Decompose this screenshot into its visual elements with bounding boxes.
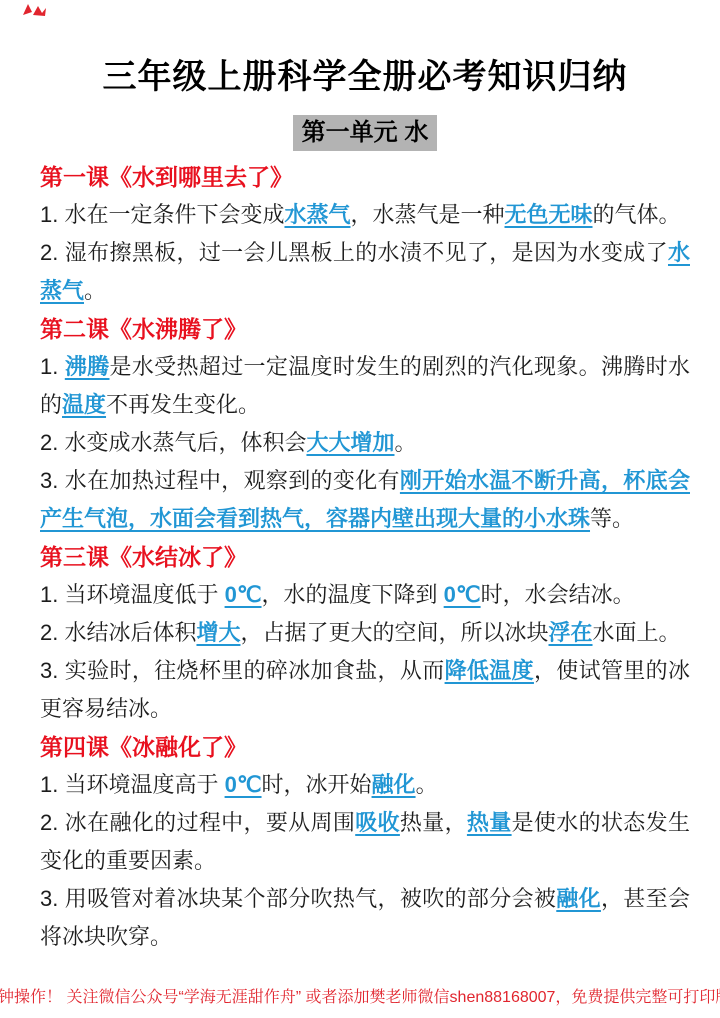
key-term: 水蒸气 — [284, 202, 350, 227]
body-text: 2. 水结冰后体积 — [40, 620, 196, 645]
body-text: 时，水会结冰。 — [481, 582, 635, 607]
text-line: 3. 用吸管对着冰块某个部分吹热气，被吹的部分会被融化，甚至会 — [40, 880, 690, 918]
key-term: 0℃ — [444, 582, 481, 607]
text-line: 2. 水结冰后体积增大，占据了更大的空间，所以冰块浮在水面上。 — [40, 614, 690, 652]
lesson-heading: 第一课《水到哪里去了》 — [40, 158, 690, 196]
key-term: 融化 — [556, 886, 601, 911]
body-text: 2. 湿布擦黑板，过一会儿黑板上的水渍不见了，是因为水变成了 — [40, 240, 668, 265]
body-text: 。 — [394, 430, 416, 455]
key-term: 降低温度 — [445, 658, 534, 683]
lesson-section: 第四课《冰融化了》1. 当环境温度高于 0℃时，冰开始融化。2. 冰在融化的过程… — [40, 728, 690, 956]
text-line: 1. 当环境温度高于 0℃时，冰开始融化。 — [40, 766, 690, 804]
promo-watermark: 分钟操作！ 关注微信公众号“学海无涯甜作舟” 或者添加樊老师微信shen8816… — [0, 986, 720, 1010]
body-text: ，水的温度下降到 — [262, 582, 444, 607]
key-term: 沸腾 — [65, 354, 110, 379]
body-text: 。 — [416, 772, 438, 797]
text-line: 2. 水变成水蒸气后，体积会大大增加。 — [40, 424, 690, 462]
body-text: 3. 水在加热过程中，观察到的变化有 — [40, 468, 400, 493]
document-page: { "page": { "title": "三年级上册科学全册必考知识归纳", … — [0, 0, 720, 1018]
text-line: 的温度不再发生变化。 — [40, 386, 690, 424]
body-text: 1. — [40, 354, 65, 379]
lesson-section: 第一课《水到哪里去了》1. 水在一定条件下会变成水蒸气，水蒸气是一种无色无味的气… — [40, 158, 690, 310]
key-term: 产生气泡，水面会看到热气，容器内壁出现大量的小水珠 — [40, 506, 590, 531]
body-text: 是使水的状态发生 — [512, 810, 690, 835]
text-line: 2. 冰在融化的过程中，要从周围吸收热量，热量是使水的状态发生 — [40, 804, 690, 842]
body-text: 3. 实验时，往烧杯里的碎冰加食盐，从而 — [40, 658, 445, 683]
body-text: ，占据了更大的空间，所以冰块 — [240, 620, 548, 645]
body-text: 时，冰开始 — [262, 772, 372, 797]
page-title: 三年级上册科学全册必考知识归纳 — [40, 55, 690, 99]
body-text: 水面上。 — [593, 620, 681, 645]
key-term: 温度 — [62, 392, 106, 417]
body-text: 1. 水在一定条件下会变成 — [40, 202, 284, 227]
text-line: 变化的重要因素。 — [40, 842, 690, 880]
text-line: 产生气泡，水面会看到热气，容器内壁出现大量的小水珠等。 — [40, 500, 690, 538]
body-text: 。 — [84, 278, 106, 303]
body-text: 2. 水变成水蒸气后，体积会 — [40, 430, 306, 455]
body-text: 2. 冰在融化的过程中，要从周围 — [40, 810, 355, 835]
body-text: 不再发生变化。 — [106, 392, 260, 417]
body-text: 1. 当环境温度高于 — [40, 772, 225, 797]
unit-heading-row: 第一单元 水 — [40, 115, 690, 153]
unit-heading: 第一单元 水 — [293, 115, 438, 151]
lesson-heading: 第三课《水结冰了》 — [40, 538, 690, 576]
body-text: 更容易结冰。 — [40, 696, 172, 721]
key-term: 热量 — [467, 810, 512, 835]
text-line: 2. 湿布擦黑板，过一会儿黑板上的水渍不见了，是因为水变成了水 — [40, 234, 690, 272]
body-text: 的气体。 — [593, 202, 681, 227]
lesson-heading: 第四课《冰融化了》 — [40, 728, 690, 766]
body-text: 等。 — [590, 506, 634, 531]
text-line: 3. 水在加热过程中，观察到的变化有刚开始水温不断升高，杯底会 — [40, 462, 690, 500]
body-text: 的 — [40, 392, 62, 417]
text-line: 1. 当环境温度低于 0℃，水的温度下降到 0℃时，水会结冰。 — [40, 576, 690, 614]
key-term: 吸收 — [355, 810, 400, 835]
lesson-section: 第三课《水结冰了》1. 当环境温度低于 0℃，水的温度下降到 0℃时，水会结冰。… — [40, 538, 690, 728]
lesson-heading: 第二课《水沸腾了》 — [40, 310, 690, 348]
text-line: 蒸气。 — [40, 272, 690, 310]
body-text: 热量， — [400, 810, 467, 835]
key-term: 无色无味 — [505, 202, 593, 227]
key-term: 增大 — [196, 620, 240, 645]
lesson-section: 第二课《水沸腾了》1. 沸腾是水受热超过一定温度时发生的剧烈的汽化现象。沸腾时水… — [40, 310, 690, 538]
worksheet: 三年级上册科学全册必考知识归纳 第一单元 水 第一课《水到哪里去了》1. 水在一… — [40, 0, 690, 956]
body-text: 是水受热超过一定温度时发生的剧烈的汽化现象。沸腾时水 — [110, 354, 690, 379]
key-term: 0℃ — [225, 582, 262, 607]
text-line: 将冰块吹穿。 — [40, 918, 690, 956]
text-line: 1. 沸腾是水受热超过一定温度时发生的剧烈的汽化现象。沸腾时水 — [40, 348, 690, 386]
key-term: 刚开始水温不断升高，杯底会 — [400, 468, 690, 493]
key-term: 浮在 — [549, 620, 593, 645]
key-term: 融化 — [372, 772, 416, 797]
body-text: ，甚至会 — [601, 886, 690, 911]
lesson-sections: 第一课《水到哪里去了》1. 水在一定条件下会变成水蒸气，水蒸气是一种无色无味的气… — [40, 158, 690, 956]
key-term: 大大增加 — [306, 430, 394, 455]
text-line: 3. 实验时，往烧杯里的碎冰加食盐，从而降低温度，使试管里的冰 — [40, 652, 690, 690]
key-term: 蒸气 — [40, 278, 84, 303]
key-term: 0℃ — [225, 772, 262, 797]
body-text: ，水蒸气是一种 — [350, 202, 504, 227]
key-term: 水 — [668, 240, 690, 265]
body-text: 将冰块吹穿。 — [40, 924, 172, 949]
body-text: ，使试管里的冰 — [534, 658, 690, 683]
body-text: 变化的重要因素。 — [40, 848, 216, 873]
text-line: 更容易结冰。 — [40, 690, 690, 728]
body-text: 1. 当环境温度低于 — [40, 582, 225, 607]
body-text: 3. 用吸管对着冰块某个部分吹热气，被吹的部分会被 — [40, 886, 556, 911]
text-line: 1. 水在一定条件下会变成水蒸气，水蒸气是一种无色无味的气体。 — [40, 196, 690, 234]
